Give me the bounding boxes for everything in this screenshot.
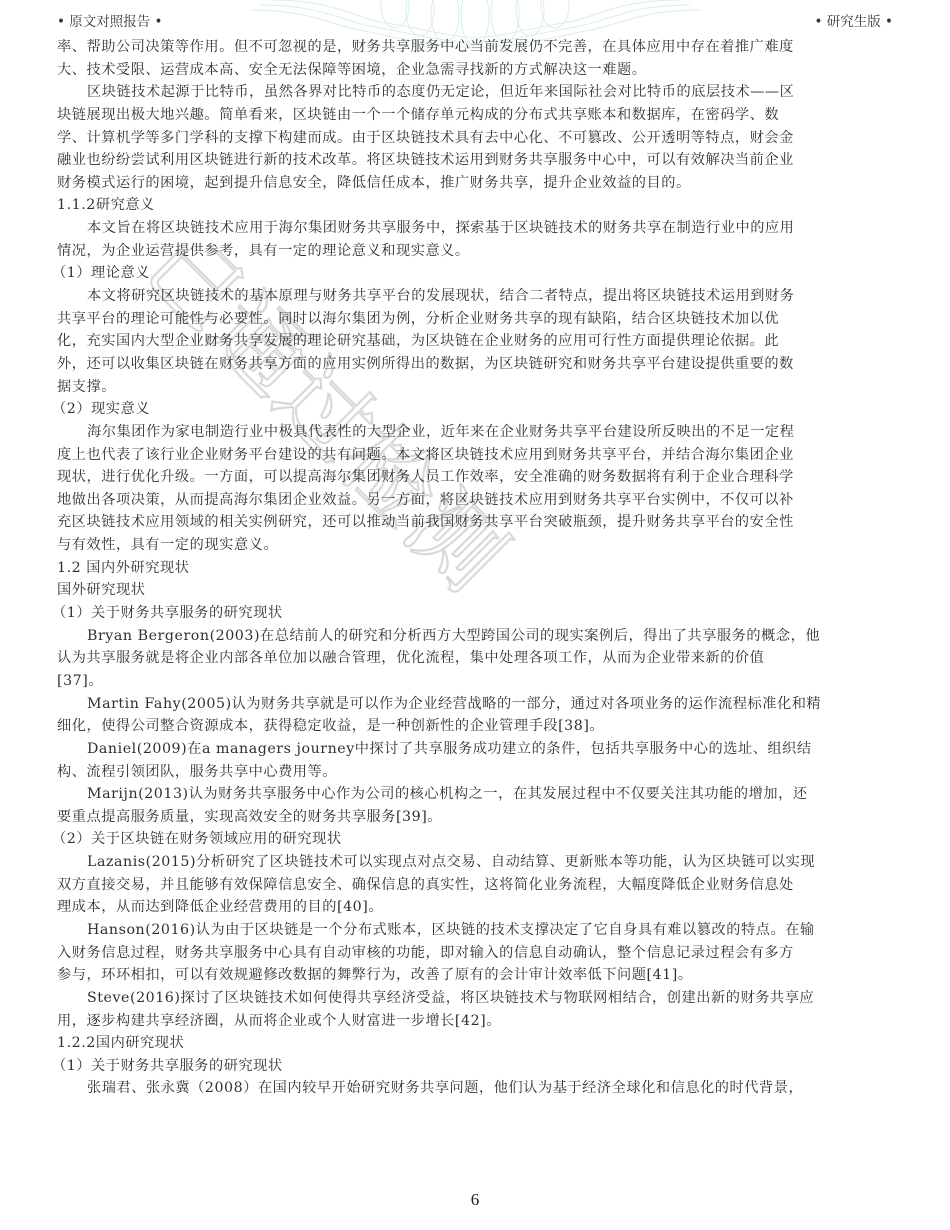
subsection-heading: （1）关于财务共享服务的研究现状 (52, 1055, 887, 1078)
text-line: 块链展现出极大地兴趣。简单看来，区块链由一个一个储存单元构成的分布式共享账本和数… (57, 104, 887, 127)
text-line: 用，逐步构建共享经济圈，从而将企业或个人财富进一步增长[42]。 (57, 1010, 887, 1033)
text-line: 学、计算机学等多门学科的支撑下构建而成。由于区块链技术具有去中心化、不可篡改、公… (57, 127, 887, 150)
text-line: 1.2 国内外研究现状 (57, 557, 887, 580)
text-line: 细化，使得公司整合资源成本，获得稳定收益，是一种创新性的企业管理手段[38]。 (57, 715, 887, 738)
edition-label: • 研究生版 • (814, 10, 893, 30)
paragraph-first-line: 张瑞君、张永冀（2008）在国内较早开始研究财务共享问题，他们认为基于经济全球化… (57, 1077, 887, 1100)
text-line: 入财务信息过程，财务共享服务中心具有自动审核的功能，即对输入的信息自动确认，整个… (57, 942, 887, 965)
paragraph-first-line: Marijn(2013)认为财务共享服务中心作为公司的核心机构之一，在其发展过程… (57, 783, 887, 806)
page-header: • 原文对照报告 • • 研究生版 • (57, 10, 893, 30)
text-line: 充区块链技术应用领域的相关实例研究，还可以推动当前我国财务共享平台突破瓶颈，提升… (57, 511, 887, 534)
text-line: 度上也代表了该行业企业财务平台建设的共有问题。本文将区块链技术应用到财务共享平台… (57, 444, 887, 467)
document-body: 率、帮助公司决策等作用。但不可忽视的是，财务共享服务中心当前发展仍不完善，在具体… (57, 36, 887, 1100)
text-line: 率、帮助公司决策等作用。但不可忽视的是，财务共享服务中心当前发展仍不完善，在具体… (57, 36, 887, 59)
paragraph-first-line: 海尔集团作为家电制造行业中极具代表性的大型企业，近年来在企业财务共享平台建设所反… (57, 421, 887, 444)
text-line: 情况，为企业运营提供参考，具有一定的理论意义和现实意义。 (57, 240, 887, 263)
text-line: 财务模式运行的困境，起到提升信息安全，降低信任成本，推广财务共享，提升企业效益的… (57, 172, 887, 195)
text-line: 1.1.2研究意义 (57, 194, 887, 217)
report-type-label: • 原文对照报告 • (57, 10, 163, 30)
text-line: 参与，环环相扣，可以有效规避修改数据的舞弊行为，改善了原有的会计审计效率低下问题… (57, 964, 887, 987)
paragraph-first-line: Bryan Bergeron(2003)在总结前人的研究和分析西方大型跨国公司的… (57, 625, 887, 648)
text-line: 化，充实国内大型企业财务共享发展的理论研究基础，为区块链在企业财务的应用可行性方… (57, 330, 887, 353)
text-line: 融业也纷纷尝试利用区块链进行新的技术改革。将区块链技术运用到财务共享服务中心中，… (57, 149, 887, 172)
page-number: 6 (0, 1190, 950, 1210)
paragraph-first-line: Daniel(2009)在a managers journey中探讨了共享服务成… (57, 738, 887, 761)
subsection-heading: （2）现实意义 (52, 398, 887, 421)
subsection-heading: （2）关于区块链在财务领域应用的研究现状 (52, 828, 887, 851)
text-line: 据支撑。 (57, 376, 887, 399)
text-line: 共享平台的理论可能性与必要性。同时以海尔集团为例，分析企业财务共享的现有缺陷，结… (57, 308, 887, 331)
text-line: 大、技术受限、运营成本高、安全无法保障等困境，企业急需寻找新的方式解决这一难题。 (57, 59, 887, 82)
text-line: 1.2.2国内研究现状 (57, 1032, 887, 1055)
text-line: 认为共享服务就是将企业内部各单位加以融合管理，优化流程，集中处理各项工作，从而为… (57, 647, 887, 670)
paragraph-first-line: Steve(2016)探讨了区块链技术如何使得共享经济受益，将区块链技术与物联网… (57, 987, 887, 1010)
paragraph-first-line: Lazanis(2015)分析研究了区块链技术可以实现点对点交易、自动结算、更新… (57, 851, 887, 874)
text-line: 地做出各项决策，从而提高海尔集团企业效益。另一方面，将区块链技术应用到财务共享平… (57, 489, 887, 512)
text-line: [37]。 (57, 670, 887, 693)
subsection-heading: （1）关于财务共享服务的研究现状 (52, 602, 887, 625)
text-line: 双方直接交易，并且能够有效保障信息安全、确保信息的真实性，这将简化业务流程，大幅… (57, 874, 887, 897)
text-line: 国外研究现状 (57, 579, 887, 602)
paragraph-first-line: 区块链技术起源于比特币，虽然各界对比特币的态度仍无定论，但近年来国际社会对比特币… (57, 81, 887, 104)
text-line: 要重点提高服务质量，实现高效安全的财务共享服务[39]。 (57, 806, 887, 829)
paragraph-first-line: Hanson(2016)认为由于区块链是一个分布式账本，区块链的技术支撑决定了它… (57, 919, 887, 942)
text-line: 构、流程引领团队，服务共享中心费用等。 (57, 761, 887, 784)
text-line: 现状，进行优化升级。一方面，可以提高海尔集团财务人员工作效率，安全准确的财务数据… (57, 466, 887, 489)
paragraph-first-line: 本文旨在将区块链技术应用于海尔集团财务共享服务中，探索基于区块链技术的财务共享在… (57, 217, 887, 240)
subsection-heading: （1）理论意义 (52, 262, 887, 285)
paragraph-first-line: Martin Fahy(2005)认为财务共享就是可以作为企业经营战略的一部分，… (57, 693, 887, 716)
text-line: 外，还可以收集区块链在财务共享方面的应用实例所得出的数据，为区块链研究和财务共享… (57, 353, 887, 376)
text-line: 理成本，从而达到降低企业经营费用的目的[40]。 (57, 896, 887, 919)
text-line: 与有效性，具有一定的现实意义。 (57, 534, 887, 557)
paragraph-first-line: 本文将研究区块链技术的基本原理与财务共享平台的发展现状，结合二者特点，提出将区块… (57, 285, 887, 308)
